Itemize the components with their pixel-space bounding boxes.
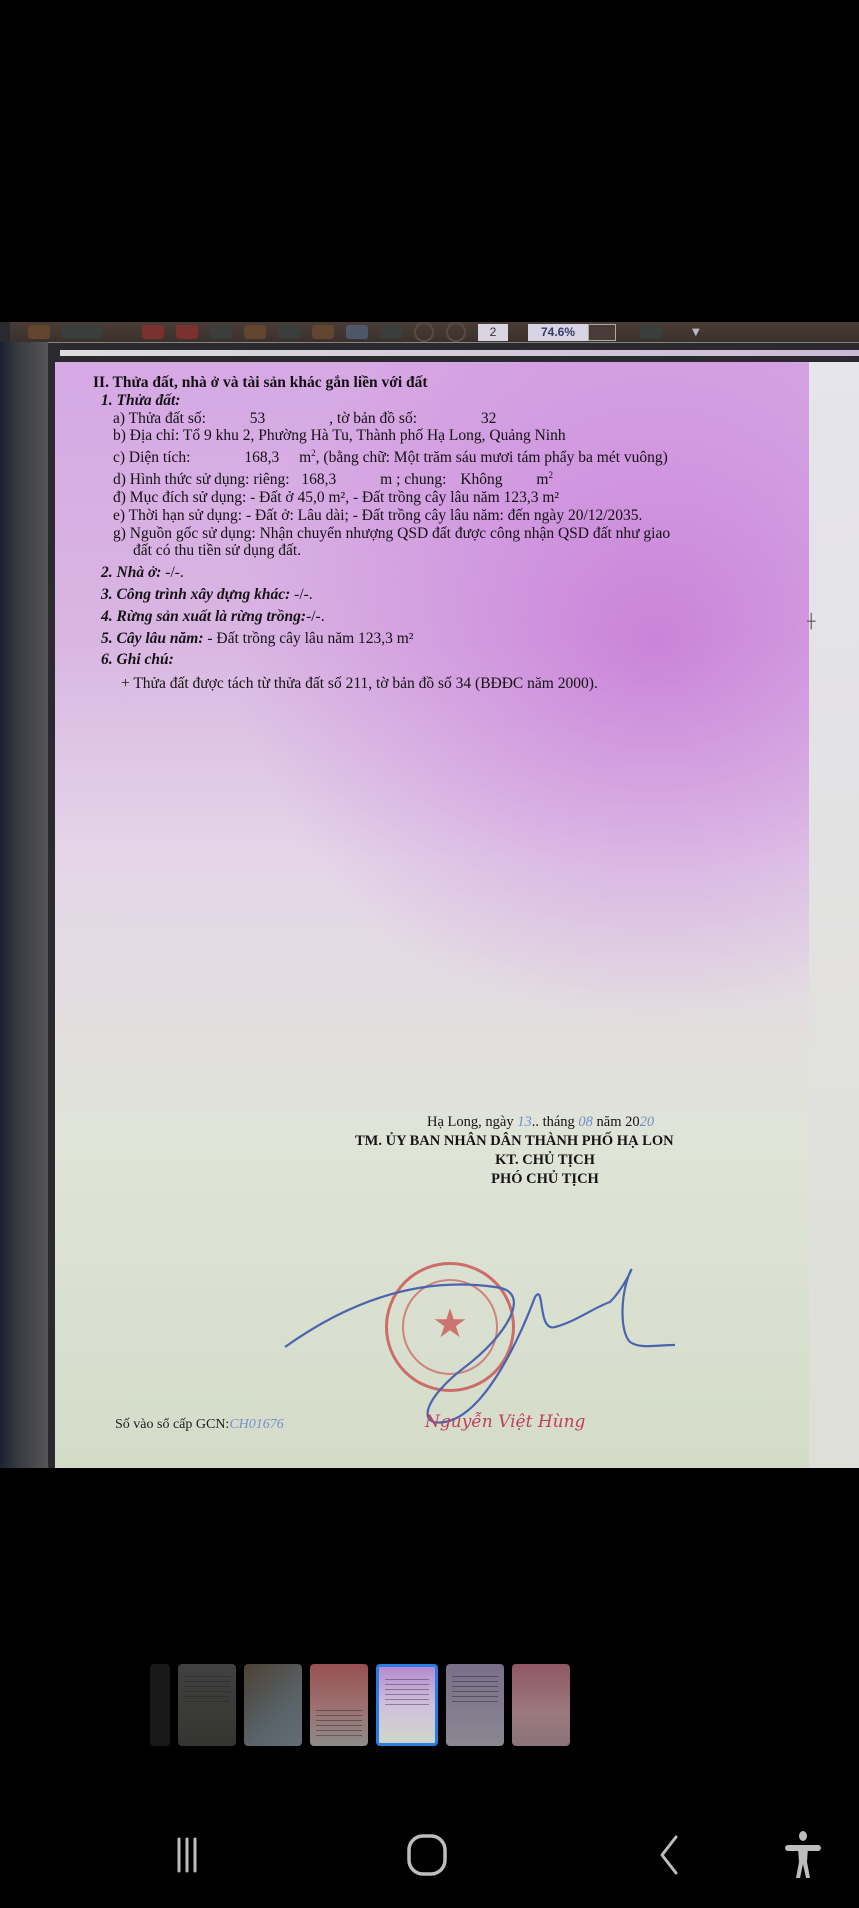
signature-block: Hạ Long, ngày 13.. tháng 08 năm 2020 TM.…	[355, 1114, 795, 1188]
house-section: 2. Nhà ở: -/-.	[101, 564, 813, 582]
zoom-dropdown	[588, 324, 616, 341]
shared-area: Không	[460, 471, 502, 488]
toolbar-button	[28, 325, 50, 339]
private-area: 168,3	[301, 471, 336, 488]
accessibility-button[interactable]	[773, 1830, 833, 1880]
gallery-thumbnail-selected[interactable]	[376, 1664, 438, 1746]
label: Hạ Long, ngày	[427, 1114, 514, 1130]
origin-row-cont: đất có thu tiền sử dụng đất.	[133, 542, 813, 560]
label: a) Thửa đất số:	[113, 410, 206, 427]
note-text: + Thửa đất được tách từ thửa đất số 211,…	[121, 675, 813, 693]
system-navigation-bar	[0, 1808, 859, 1908]
value: - Đất trồng cây lâu năm 123,3 m²	[203, 630, 413, 647]
notes-section: 6. Ghi chú:	[101, 651, 813, 669]
label: m ; chung:	[380, 471, 446, 488]
forest-section: 4. Rừng sản xuất là rừng trồng:-/-.	[101, 608, 813, 626]
signature-icon	[275, 1257, 675, 1427]
parcel-number-row: a) Thửa đất số: 53 , tờ bản đồ số: 32	[113, 410, 813, 428]
toolbar-button	[210, 325, 232, 339]
gallery-thumbnail[interactable]	[150, 1664, 170, 1746]
parcel-number: 53	[250, 410, 266, 427]
label: d) Hình thức sử dụng: riêng:	[113, 471, 290, 488]
registry-value: CH01676	[229, 1417, 283, 1432]
page-number-field: 2	[478, 324, 508, 341]
gallery-thumbnail[interactable]	[178, 1664, 236, 1746]
gallery-thumbnail[interactable]	[310, 1664, 368, 1746]
purpose-row: đ) Mục đích sử dụng: - Đất ở 45,0 m², - …	[113, 489, 813, 507]
usage-form-row: d) Hình thức sử dụng: riêng: 168,3 m ; c…	[113, 467, 813, 489]
unit: m	[536, 471, 548, 488]
gallery-thumbnail-strip	[150, 1664, 570, 1746]
page-top-edge	[60, 350, 859, 356]
toolbar-button	[62, 325, 102, 339]
label: Số vào sổ cấp GCN:	[115, 1417, 229, 1432]
month: 08	[578, 1114, 593, 1130]
prev-page-icon	[414, 322, 434, 342]
label: , tờ bản đồ số:	[329, 410, 417, 427]
toolbar-button	[380, 325, 402, 339]
signer-name: Nguyễn Việt Hùng	[425, 1412, 585, 1432]
toolbar-button	[142, 325, 164, 339]
page-margin	[809, 362, 859, 1468]
gallery-thumbnail[interactable]	[244, 1664, 302, 1746]
address-row: b) Địa chỉ: Tổ 9 khu 2, Phường Hà Tu, Th…	[113, 427, 813, 445]
label: 6. Ghi chú:	[101, 651, 174, 668]
toolbar-button	[176, 325, 198, 339]
day: 13	[517, 1114, 532, 1130]
value: -/-.	[306, 608, 325, 625]
toolbar-button	[312, 325, 334, 339]
document-photo[interactable]: 2 74.6% ▼ II. Thửa đất, nhà ở và tài sản…	[0, 322, 859, 1468]
issuing-authority: TM. ỦY BAN NHÂN DÂN THÀNH PHỐ HẠ LON	[355, 1133, 795, 1150]
value: -/-.	[290, 586, 312, 603]
toolbar-button	[346, 325, 368, 339]
gallery-thumbnail[interactable]	[446, 1664, 504, 1746]
certificate-text: II. Thửa đất, nhà ở và tài sản khác gắn …	[93, 374, 813, 693]
origin-row: g) Nguồn gốc sử dụng: Nhận chuyển nhượng…	[113, 525, 813, 543]
certificate-page: II. Thửa đất, nhà ở và tài sản khác gắn …	[55, 362, 859, 1468]
value: -/-.	[161, 564, 183, 581]
gallery-thumbnail[interactable]	[512, 1664, 570, 1746]
other-works-section: 3. Công trình xây dựng khác: -/-.	[101, 586, 813, 604]
toolbar-button	[278, 325, 300, 339]
home-icon	[405, 1833, 449, 1877]
year: 20	[640, 1114, 655, 1130]
toolbar-button	[244, 325, 266, 339]
toolbar-more-icon: ▼	[692, 327, 700, 338]
registry-number: Số vào sổ cấp GCN:CH01676	[115, 1417, 284, 1433]
term-row: e) Thời hạn sử dụng: - Đất ở: Lâu dài; -…	[113, 507, 813, 525]
back-icon	[650, 1833, 690, 1877]
label: tháng	[543, 1114, 575, 1130]
label: 4. Rừng sản xuất là rừng trồng:	[101, 608, 306, 625]
section-title: II. Thửa đất, nhà ở và tài sản khác gắn …	[93, 374, 813, 392]
area-row: c) Diện tích: 168,3 m2, (bằng chữ: Một t…	[113, 445, 813, 467]
label: 5. Cây lâu năm:	[101, 630, 203, 647]
home-button[interactable]	[397, 1830, 457, 1880]
issue-date: Hạ Long, ngày 13.. tháng 08 năm 2020	[427, 1114, 795, 1131]
back-button[interactable]	[640, 1830, 700, 1880]
map-number: 32	[481, 410, 497, 427]
area-in-words: , (bằng chữ: Một trăm sáu mươi tám phẩy …	[316, 449, 668, 466]
monitor-bezel	[0, 342, 48, 1468]
parcel-heading: 1. Thửa đất:	[101, 392, 813, 410]
label: 3. Công trình xây dựng khác:	[101, 586, 290, 603]
signer-position: PHÓ CHỦ TỊCH	[355, 1171, 735, 1188]
signer-title: KT. CHỦ TỊCH	[355, 1152, 735, 1169]
label: c) Diện tích:	[113, 449, 190, 466]
label: 2. Nhà ở:	[101, 564, 161, 581]
toolbar-button	[640, 325, 662, 339]
unit: m	[299, 449, 311, 466]
area-value: 168,3	[244, 449, 279, 466]
accessibility-icon	[781, 1830, 825, 1880]
recent-apps-icon	[167, 1835, 207, 1875]
next-page-icon	[446, 322, 466, 342]
label: năm 20	[597, 1114, 640, 1130]
recent-apps-button[interactable]	[157, 1830, 217, 1880]
pdf-viewer-toolbar: 2 74.6% ▼	[10, 322, 859, 343]
zoom-level-field: 74.6%	[528, 324, 588, 341]
perennial-section: 5. Cây lâu năm: - Đất trồng cây lâu năm …	[101, 630, 813, 648]
cursor-crosshair-icon: ┼	[807, 614, 815, 630]
